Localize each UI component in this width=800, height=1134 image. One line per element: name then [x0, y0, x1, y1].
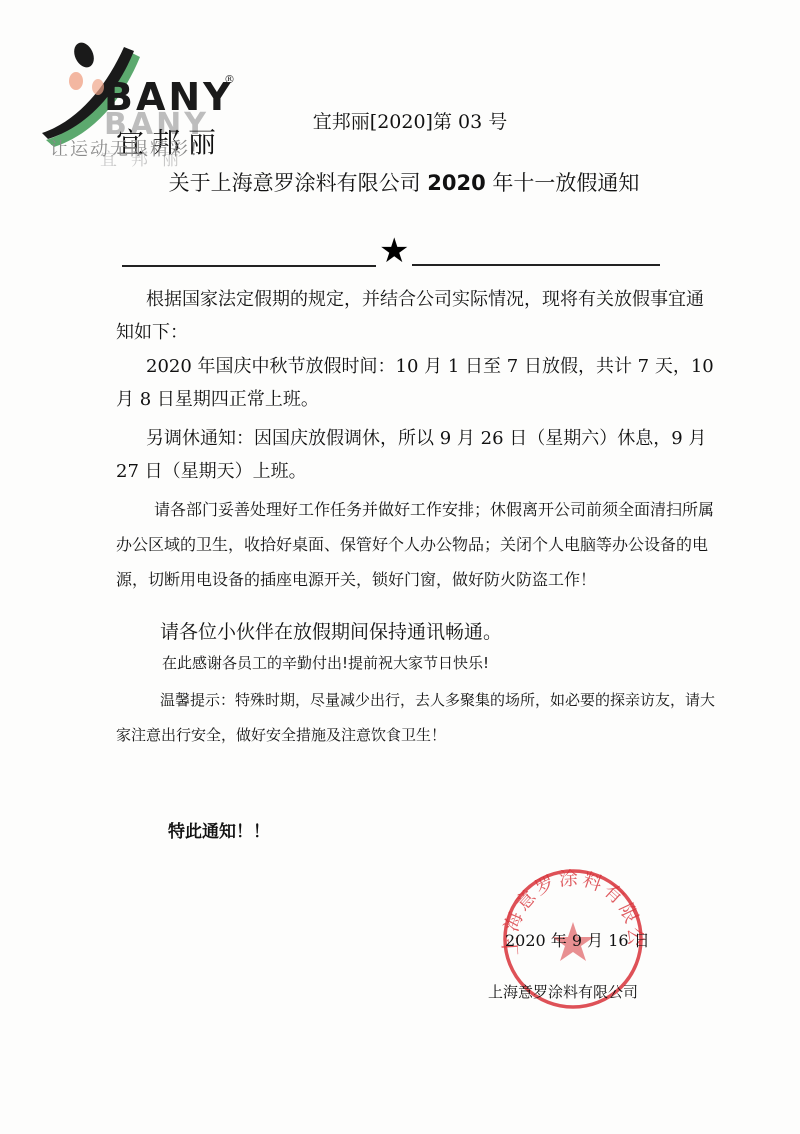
divider-line-right: [412, 264, 660, 266]
safety-tip: 温馨提示：特殊时期，尽量减少出行，去人多聚集的场所，如必要的探亲访友，请大家注意…: [116, 683, 716, 753]
signature-company: 上海意罗涂料有限公司: [488, 981, 638, 1002]
logo-slogan: 让运动无限精彩!: [50, 135, 199, 161]
closing-statement: 特此通知！！: [168, 817, 270, 842]
document-number: 宜邦丽[2020]第 03 号: [0, 107, 800, 134]
paragraph-holiday-dates: 2020 年国庆中秋节放假时间：10 月 1 日至 7 日放假，共计 7 天，1…: [116, 350, 716, 416]
paragraph-intro: 根据国家法定假期的规定，并结合公司实际情况，现将有关放假事宜通知如下：: [116, 283, 716, 349]
title-suffix: 年十一放假通知: [486, 171, 640, 195]
title-year: 2020: [427, 171, 485, 195]
star-icon: ★: [379, 234, 409, 268]
title-prefix: 关于上海意罗涂料有限公司: [169, 171, 428, 195]
signature-date: 2020 年 9 月 16 日: [505, 928, 650, 951]
divider-line-left: [122, 265, 376, 267]
paragraph-shift-notice: 另调休通知：因国庆放假调休，所以 9 月 26 日（星期六）休息，9 月 27 …: [116, 422, 716, 488]
paragraph-department-instructions: 请各部门妥善处理好工作任务并做好工作安排；休假离开公司前须全面清扫所属办公区域的…: [116, 492, 720, 597]
stay-reachable-notice: 请各位小伙伴在放假期间保持通讯畅通。: [160, 617, 502, 644]
company-logo: BANY BANY ® 宜邦丽 宜邦丽 让运动无限精彩!: [40, 35, 250, 160]
document-title: 关于上海意罗涂料有限公司 2020 年十一放假通知: [0, 167, 800, 197]
thanks-message: 在此感谢各员工的辛勤付出!提前祝大家节日快乐!: [162, 652, 489, 673]
registered-mark: ®: [224, 73, 235, 86]
